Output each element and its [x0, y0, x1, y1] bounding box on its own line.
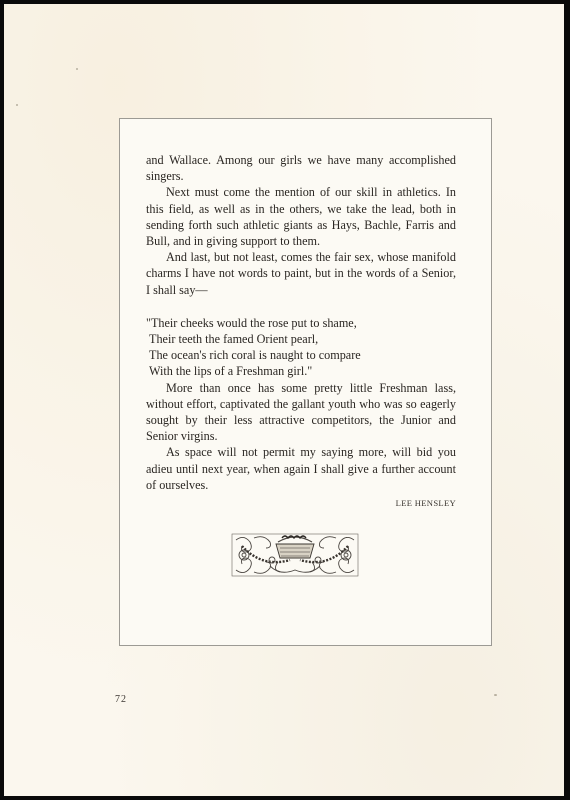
page-number: 72 [115, 694, 127, 705]
author-signature: LEE HENSLEY [146, 495, 456, 511]
decorative-ornament-icon [230, 530, 360, 580]
poem-line: "Their cheeks would the rose put to sham… [146, 315, 456, 331]
paragraph-2: Next must come the mention of our skill … [146, 184, 456, 249]
poem-line: Their teeth the famed Orient pearl, [146, 331, 456, 347]
poem-line: With the lips of a Freshman girl." [146, 363, 456, 379]
body-text: and Wallace. Among our girls we have man… [146, 152, 456, 511]
paragraph-5: As space will not permit my saying more,… [146, 444, 456, 493]
paragraph-3: And last, but not least, comes the fair … [146, 249, 456, 298]
paragraph-4: More than once has some pretty little Fr… [146, 380, 456, 445]
paragraph-1: and Wallace. Among our girls we have man… [146, 152, 456, 184]
poem-line: The ocean's rich coral is naught to comp… [146, 347, 456, 363]
paper-speck [494, 694, 497, 696]
paper-speck [16, 104, 18, 106]
paper-speck [76, 68, 78, 70]
